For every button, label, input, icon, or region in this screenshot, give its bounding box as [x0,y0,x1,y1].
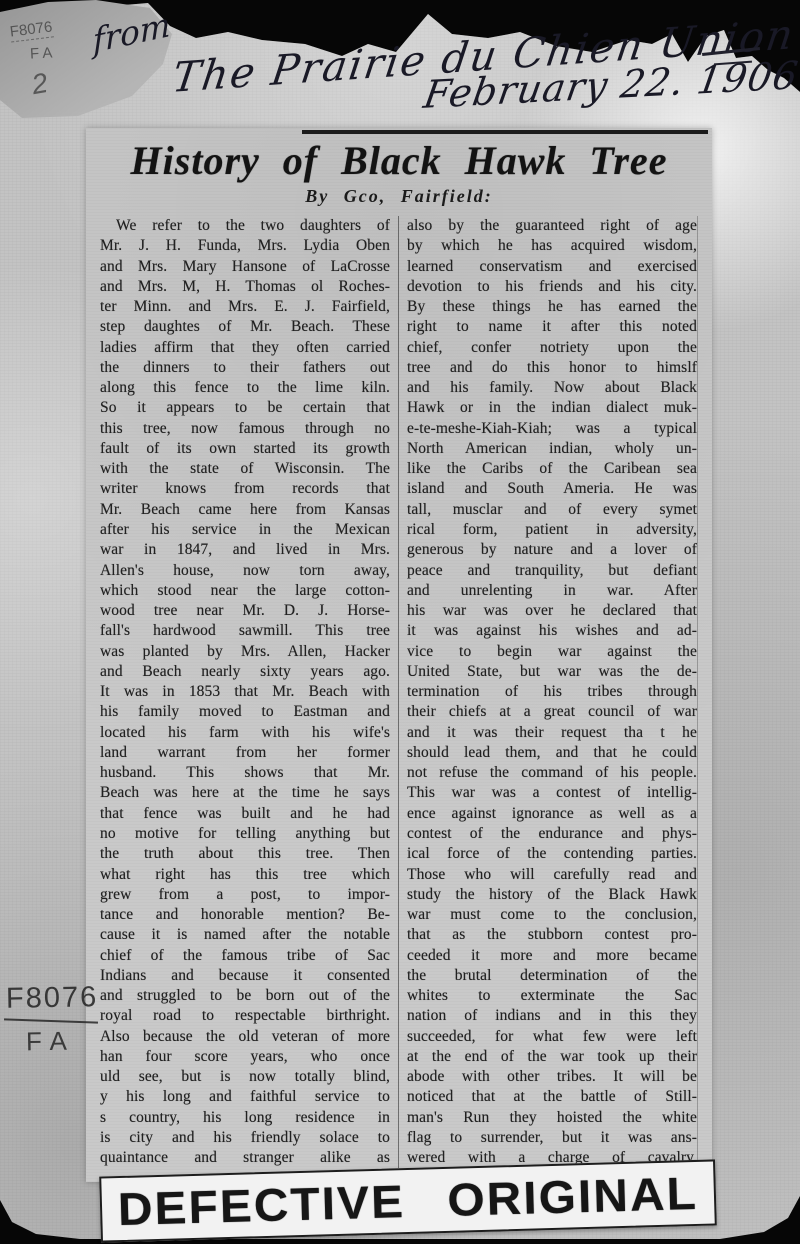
text-line: and Mrs. M, H. Thomas ol Roches- [100,277,390,297]
text-line: what right has this tree which [100,865,390,885]
text-line: not refuse the command of his people. [407,763,697,783]
newspaper-clipping: History of Black Hawk Tree By Gco, Fairf… [86,128,712,1182]
text-line: their chiefs at a great council of war [407,702,697,722]
text-line: and it was their request tha t he [407,723,697,743]
text-line: vice to begin war against the [407,642,697,662]
text-line: ladies affirm that they often carried [100,338,390,358]
text-line: wood tree near Mr. D. J. Horse- [100,601,390,621]
text-line: Also because the old veteran of more [100,1027,390,1047]
archive-letters-side: FA [26,1028,76,1055]
defective-original-label: DEFECTIVE ORIGINAL [117,1166,698,1236]
text-line: Mr. J. H. Funda, Mrs. Lydia Oben [100,236,390,256]
article-headline: History of Black Hawk Tree [94,138,704,184]
text-line: along this fence to the lime kiln. [100,378,390,398]
text-line: It was in 1853 that Mr. Beach with [100,682,390,702]
article-column-right: also by the guaranteed right of ageby wh… [399,216,698,1168]
text-line: flag to surrender, but it was ans- [407,1128,697,1148]
text-line: Hawk or in the indian dialect muk- [407,398,697,418]
text-line: that as the stubborn contest pro- [407,925,697,945]
text-line: with the state of Wisconsin. The [100,459,390,479]
text-line: cause it is named after the notable [100,925,390,945]
text-line: fall's hardwood sawmill. This tree [100,621,390,641]
text-line: this tree, now famous through no [100,419,390,439]
text-line: peace and tranquility, but defiant [407,561,697,581]
text-line: was planted by Mrs. Allen, Hacker [100,642,390,662]
text-line: study the history of the Black Hawk [407,885,697,905]
text-line: han four score years, who once [100,1047,390,1067]
text-line: We refer to the two daughters of [100,216,390,236]
text-line: after his service in the Mexican [100,520,390,540]
text-line: Mr. Beach came here from Kansas [100,500,390,520]
text-line: his family moved to Eastman and [100,702,390,722]
archive-code-side: F8076 [6,983,99,1014]
text-line: uld see, but is now totally blind, [100,1067,390,1087]
text-line: the brutal determination of the [407,966,697,986]
text-line: right to name it after this noted [407,317,697,337]
text-line: So it appears to be certain that [100,398,390,418]
archive-letters-top: FA [30,45,57,61]
text-line: ence against ignorance as well as a [407,804,697,824]
text-line: tall, musclar and of every symet [407,500,697,520]
text-line: whites to exterminate the Sac [407,986,697,1006]
text-line: royal road to respectable birthright. [100,1006,390,1026]
text-line: Allen's house, now torn away, [100,561,390,581]
text-line: it was against his wishes and ad- [407,621,697,641]
text-line: ter Minn. and Mrs. E. J. Fairfield, [100,297,390,317]
text-line: chief of the famous tribe of Sac [100,946,390,966]
text-line: quaintance and stranger alike as [100,1148,390,1168]
text-line: noticed that at the battle of Still- [407,1087,697,1107]
text-line: is city and his friendly solace to [100,1128,390,1148]
text-line: fault of its own started its growth [100,439,390,459]
article-columns: We refer to the two daughters ofMr. J. H… [86,216,712,1168]
text-line: devotion to his friends and his city. [407,277,697,297]
text-line: war must come to the conclusion, [407,905,697,925]
text-line: tance and honorable mention? Be- [100,905,390,925]
text-line: tree and do this honor to himslf [407,358,697,378]
text-line: generous by nature and a lover of [407,540,697,560]
text-line: man's Run they hoisted the white [407,1108,697,1128]
text-line: ical force of the contending parties. [407,844,697,864]
text-line: island and South Ameria. He was [407,479,697,499]
text-line: Beach was here at the time he says [100,783,390,803]
text-line: at the end of the war took up their [407,1047,697,1067]
text-line: no motive for telling anything but [100,824,390,844]
text-line: like the Caribs of the Caribean sea [407,459,697,479]
text-line: by which he has acquired wisdom, [407,236,697,256]
text-line: his war was over he declared that [407,601,697,621]
text-line: learned conservatism and exercised [407,257,697,277]
text-line: contest of the endurance and phys- [407,824,697,844]
article-byline: By Gco, Fairfield: [86,185,712,207]
text-line: grew from a post, to impor- [100,885,390,905]
text-line: By these things he has earned the [407,297,697,317]
text-line: chief, confer notriety upon the [407,338,697,358]
text-line: writer knows from records that [100,479,390,499]
text-line: e-te-meshe-Kiah-Kiah; was a typical [407,419,697,439]
text-line: and Mrs. Mary Hansone of LaCrosse [100,257,390,277]
text-line: termination of his tribes through [407,682,697,702]
text-line: also by the guaranteed right of age [407,216,697,236]
text-line: and struggled to be born out of the [100,986,390,1006]
text-line: This war was a contest of intellig- [407,783,697,803]
text-line: North American indian, wholy un- [407,439,697,459]
text-line: should lead them, and that he could [407,743,697,763]
text-line: Indians and because it consented [100,966,390,986]
text-line: United State, but war was the de- [407,662,697,682]
text-line: which stood near the large cotton- [100,581,390,601]
text-line: step daughtes of Mr. Beach. These [100,317,390,337]
text-line: Those who will carefully read and [407,865,697,885]
text-line: husband. This shows that Mr. [100,763,390,783]
text-line: that fence was built and he had [100,804,390,824]
text-line: land warrant from her former [100,743,390,763]
text-line: the dinners to their fathers out [100,358,390,378]
text-line: and unrelenting in war. After [407,581,697,601]
text-line: y his long and faithful service to [100,1087,390,1107]
text-line: the truth about this tree. Then [100,844,390,864]
text-line: ceeded it more and more became [407,946,697,966]
text-line: and Beach nearly sixty years ago. [100,662,390,682]
text-line: and his family. Now about Black [407,378,697,398]
text-line: s country, his long residence in [100,1108,390,1128]
text-line: succeeded, for what few were left [407,1027,697,1047]
text-line: rical form, patient in adversity, [407,520,697,540]
text-line: abode with other tribes. It will be [407,1067,697,1087]
text-line: war in 1847, and lived in Mrs. [100,540,390,560]
scanned-page: F8076 FA 2 from The Prairie du Chien Uni… [0,0,800,1244]
text-line: located his farm with his wife's [100,723,390,743]
article-column-left: We refer to the two daughters ofMr. J. H… [100,216,399,1168]
text-line: nation of indians and in this they [407,1006,697,1026]
